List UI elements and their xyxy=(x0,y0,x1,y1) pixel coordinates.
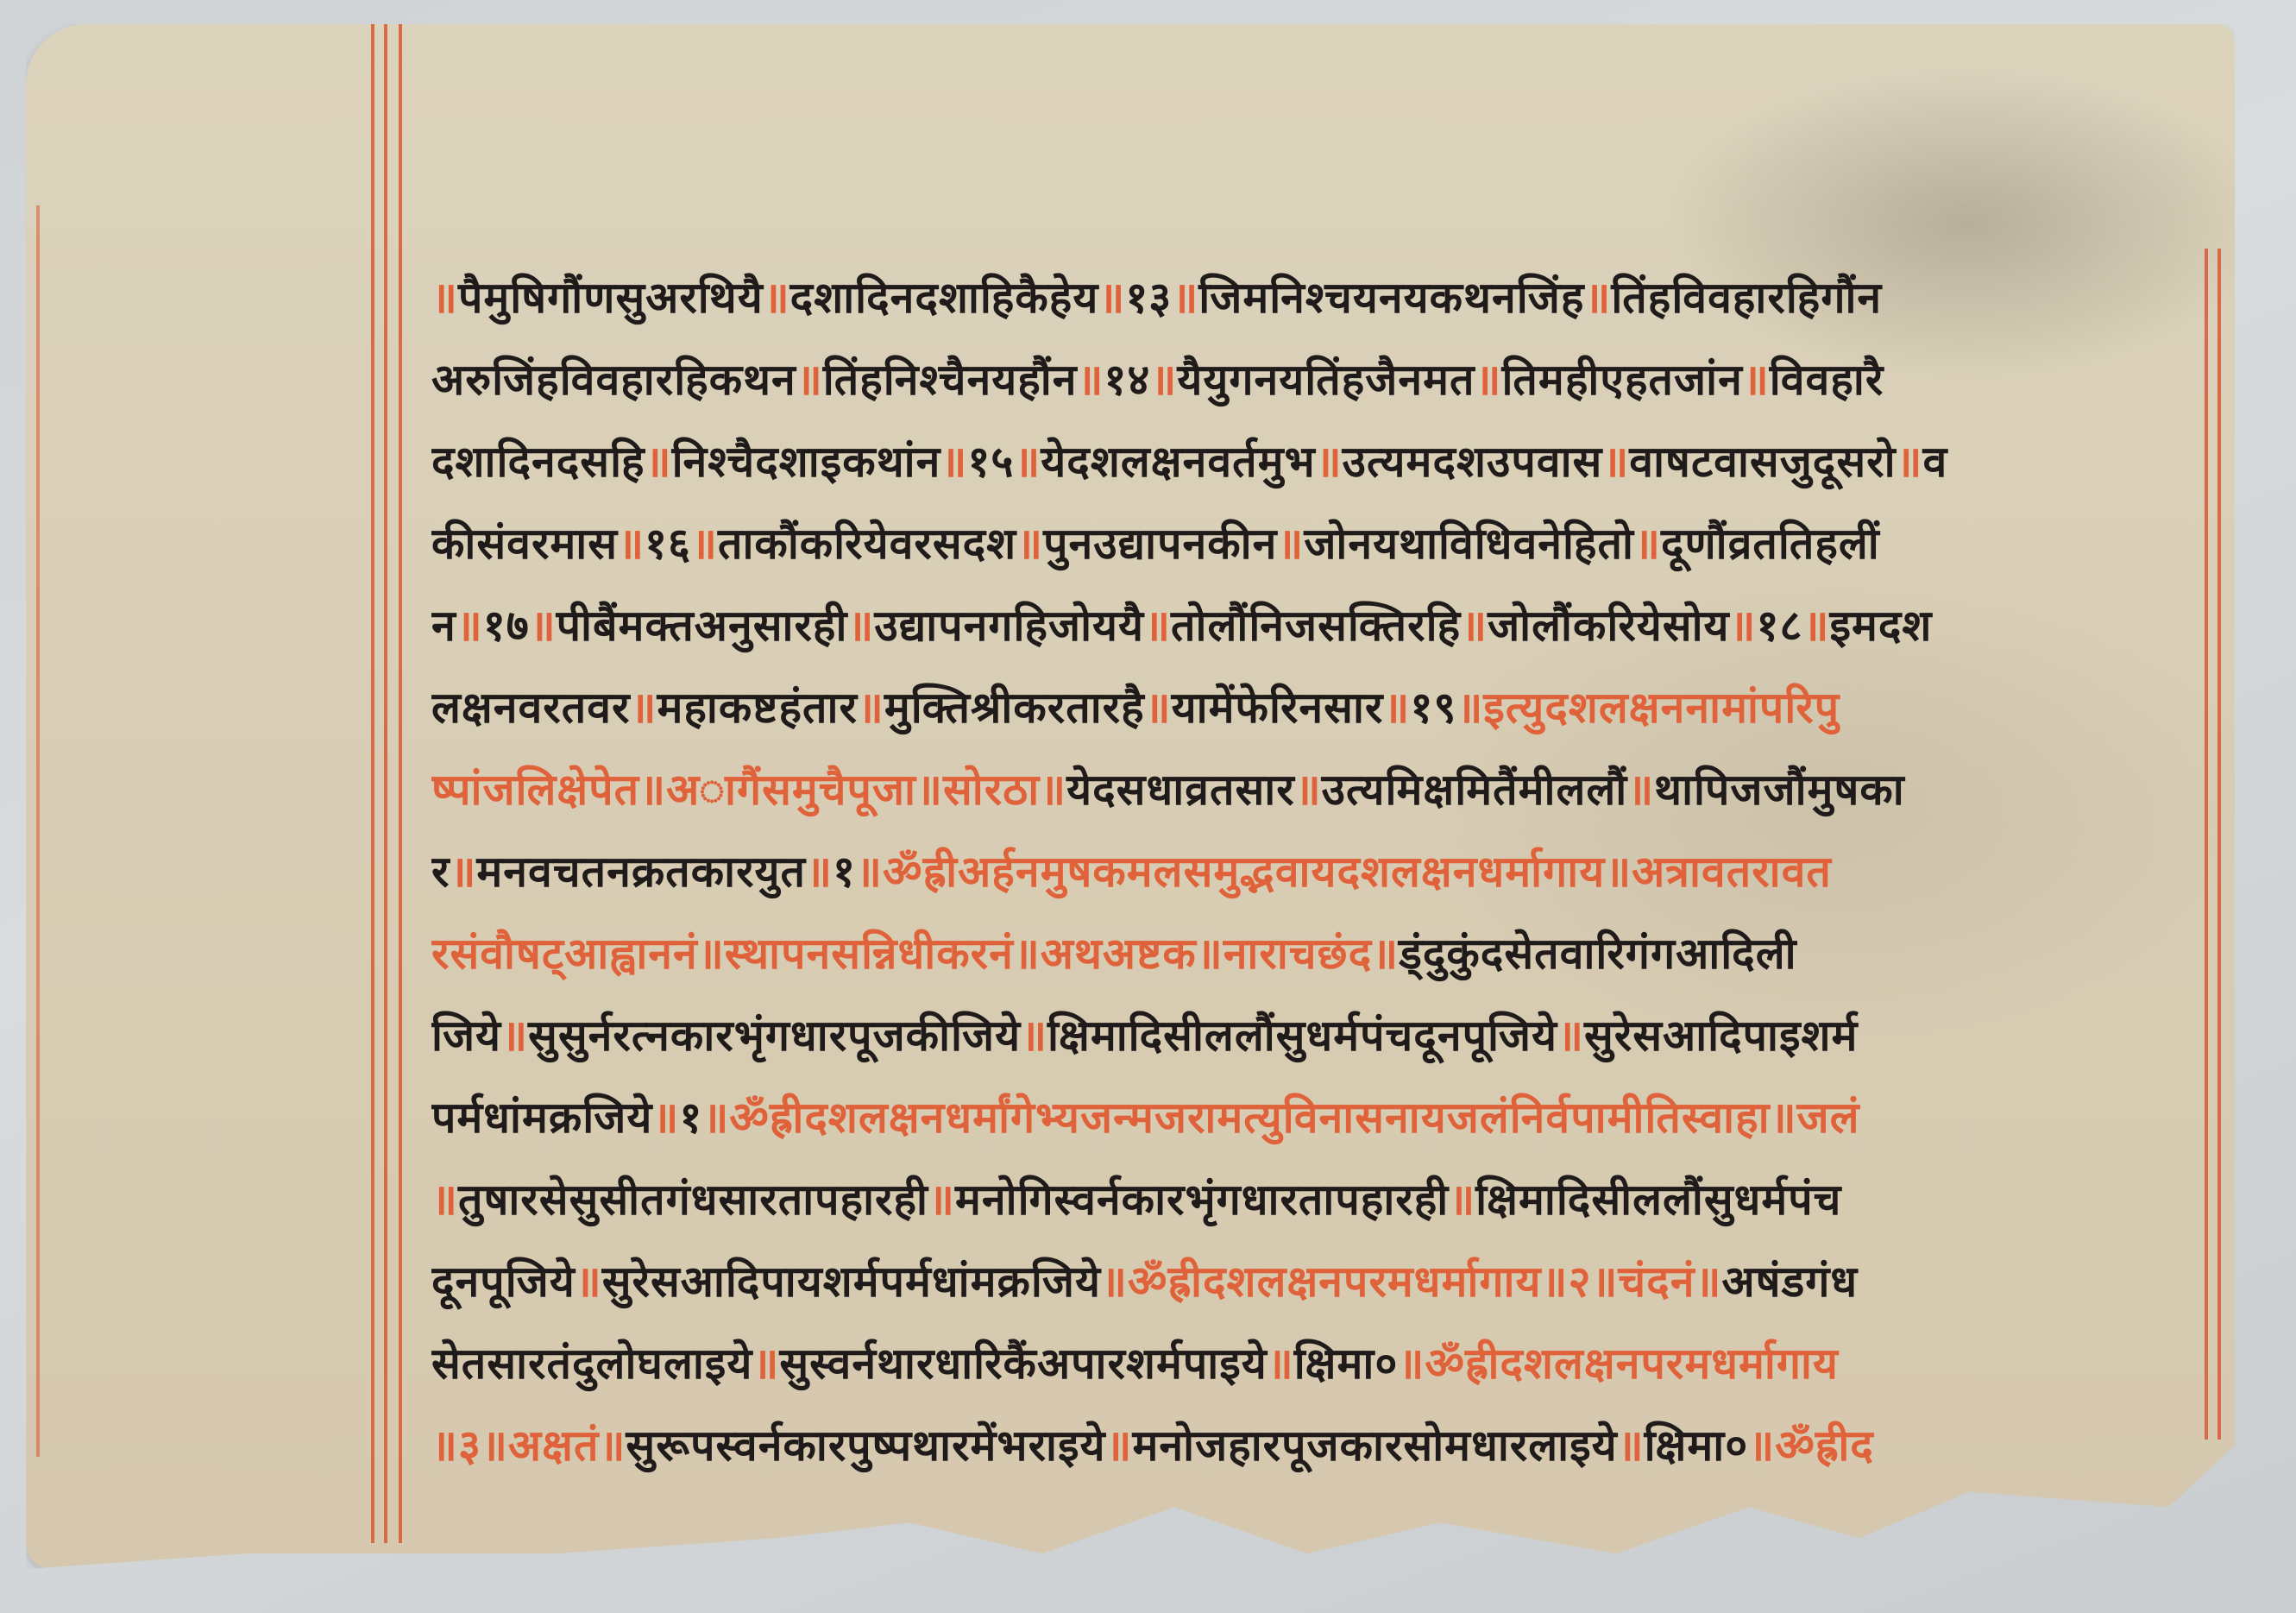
body-text: र xyxy=(431,847,450,897)
body-text: व xyxy=(1923,437,1948,487)
danda-mark: ॥ xyxy=(796,355,823,405)
danda-mark: ॥ xyxy=(856,847,883,897)
body-text: येदशलक्षनवर्तमुभ xyxy=(1041,437,1315,487)
body-text: उत्यमदशउपवास xyxy=(1343,437,1603,487)
manuscript-line: कीसंवरमास॥१६॥ताकौंकरियेवरसदश॥पुनउद्यापनक… xyxy=(431,503,2287,585)
danda-mark: ॥ xyxy=(1618,1421,1645,1471)
danda-mark: ॥ xyxy=(858,683,884,733)
body-text: वाषटवासजुदूसरो xyxy=(1629,437,1896,487)
danda-mark: ॥ xyxy=(599,1421,626,1471)
body-text: पर्मधांमक्रजिये xyxy=(431,1093,652,1143)
manuscript-line: ॥पैमुषिगौंणसुअरथियै॥दशादिनदशाहिकैहेय॥१३॥… xyxy=(431,257,2287,339)
body-text: यामेंफेरिनसार xyxy=(1172,683,1384,733)
manuscript-line: अरुजिंहविवहारहिकथन॥तिंहनिश्चैनयहौंन॥१४॥य… xyxy=(431,339,2287,421)
danda-mark: ॥ xyxy=(652,1093,679,1143)
manuscript-line: दूनपूजिये॥सुरेसआदिपायशर्मपर्मधांमक्रजिये… xyxy=(431,1241,2287,1323)
rubric-text: चंदनं xyxy=(1618,1257,1695,1307)
body-text: मनोजहारपूजकारसोमधारलाइये xyxy=(1132,1421,1617,1471)
danda-mark: ॥ xyxy=(1277,519,1304,569)
body-text: पीबैंमक्तअनुसारही xyxy=(557,601,848,651)
body-text: महाकष्टहंतार xyxy=(657,683,857,733)
danda-mark: ॥ xyxy=(1591,1257,1618,1307)
danda-mark: ॥ xyxy=(847,601,874,651)
body-text: पुनउद्यापनकीन xyxy=(1043,519,1277,569)
body-text: विवहारै xyxy=(1770,355,1884,405)
danda-mark: ॥ xyxy=(1695,1257,1721,1307)
danda-mark: ॥ xyxy=(1456,683,1483,733)
rubric-text: इत्युदशलक्षननामांपरिपु xyxy=(1483,683,1840,733)
body-text: न xyxy=(431,601,456,651)
danda-mark: ॥ xyxy=(1021,1011,1047,1061)
body-text: सुरेसआदिपायशर्मपर्मधांमक्रजिये xyxy=(602,1257,1101,1307)
body-text: १५ xyxy=(967,437,1014,487)
danda-mark: ॥ xyxy=(1602,437,1629,487)
danda-mark: ॥ xyxy=(764,273,790,323)
body-text: सुस्वर्नथारधारिकैंअपारशर्मपाइये xyxy=(779,1339,1267,1389)
body-text: येदसधाव्रतसार xyxy=(1066,765,1295,815)
danda-mark: ॥ xyxy=(1542,1257,1569,1307)
danda-mark: ॥ xyxy=(1144,601,1171,651)
body-text: पैमुषिगौंणसुअरथियै xyxy=(458,273,764,323)
danda-mark: ॥ xyxy=(1748,1421,1775,1471)
danda-mark: ॥ xyxy=(928,1175,955,1225)
rubric-text: ॐह्रीअर्हनमुषकमलसमुद्भवायदशलक्षनधर्मागाय xyxy=(883,847,1605,897)
body-text: इमदश xyxy=(1829,601,1932,651)
danda-mark: ॥ xyxy=(1101,1257,1128,1307)
rubric-text: जलं xyxy=(1797,1093,1860,1143)
body-text: सुरेसआदिपाइशर्म xyxy=(1584,1011,1858,1061)
danda-mark: ॥ xyxy=(1449,1175,1475,1225)
danda-mark: ॥ xyxy=(698,929,725,979)
danda-mark: ॥ xyxy=(639,765,666,815)
danda-mark: ॥ xyxy=(1584,273,1611,323)
body-text: जोलौंकरियेसोय xyxy=(1488,601,1729,651)
body-text: क्षिमादिसीललौंसुधर्मपंच xyxy=(1475,1175,1841,1225)
danda-mark: ॥ xyxy=(1730,601,1757,651)
rubric-text: अागैंसमुचैपूजा xyxy=(666,765,916,815)
manuscript-text: ॥पैमुषिगौंणसुअरथियै॥दशादिनदशाहिकैहेय॥१३॥… xyxy=(431,257,2287,1487)
body-text: तिंहविवहारहिगौंन xyxy=(1611,273,1882,323)
body-text: जिमनिश्चयनयकथनजिंह xyxy=(1198,273,1584,323)
body-text: निश्चैदशाइकथांन xyxy=(672,437,941,487)
body-text: १३ xyxy=(1125,273,1172,323)
body-text: क्षिमादिसीललौंसुधर्मपंचदूनपूजिये xyxy=(1047,1011,1557,1061)
danda-mark: ॥ xyxy=(1461,601,1488,651)
manuscript-line: र॥मनवचतनक्रतकारयुत॥१॥ॐह्रीअर्हनमुषकमलसमु… xyxy=(431,831,2287,913)
manuscript-line: न॥१७॥पीबैंमक्तअनुसारही॥उद्यापनगहिजोययै॥त… xyxy=(431,585,2287,667)
rubric-text: ष्पांजलिक्षेपेत xyxy=(431,765,639,815)
manuscript-line: पर्मधांमक्रजिये॥१॥ॐह्रीदशलक्षनधर्मांगेभ्… xyxy=(431,1077,2287,1159)
rubric-text: नाराचछंद xyxy=(1223,929,1372,979)
danda-mark: ॥ xyxy=(940,437,967,487)
danda-mark: ॥ xyxy=(1605,847,1632,897)
danda-mark: ॥ xyxy=(1897,437,1923,487)
danda-mark: ॥ xyxy=(1475,355,1502,405)
danda-mark: ॥ xyxy=(431,1175,458,1225)
danda-mark: ॥ xyxy=(916,765,943,815)
danda-mark: ॥ xyxy=(806,847,833,897)
body-text: दशादिनदसहि xyxy=(431,437,645,487)
body-text: १६ xyxy=(645,519,691,569)
rubric-text: अथअष्टक xyxy=(1041,929,1197,979)
body-text: १७ xyxy=(483,601,530,651)
body-text: ताकौंकरियेवरसदश xyxy=(718,519,1016,569)
rubric-text: ३ xyxy=(458,1421,481,1471)
danda-mark: ॥ xyxy=(1398,1339,1425,1389)
danda-mark: ॥ xyxy=(1014,437,1041,487)
body-text: सुरूपस्वर्नकारपुष्पथारमेंभराइये xyxy=(626,1421,1105,1471)
danda-mark: ॥ xyxy=(1627,765,1654,815)
body-text: दूणौंव्रततिहलीं xyxy=(1661,519,1880,569)
margin-rule-left-2 xyxy=(384,24,387,1543)
body-text: १ xyxy=(833,847,856,897)
rubric-text: अक्षतं xyxy=(508,1421,600,1471)
body-text: क्षिमा० xyxy=(1294,1339,1399,1389)
body-text: जोनयथाविधिवनेहितो xyxy=(1304,519,1634,569)
body-text: मुक्तिश्रीकरतारहै xyxy=(884,683,1145,733)
manuscript-line: ष्पांजलिक्षेपेत॥अागैंसमुचैपूजा॥सोरठा॥येद… xyxy=(431,749,2287,831)
danda-mark: ॥ xyxy=(1268,1339,1294,1389)
danda-mark: ॥ xyxy=(618,519,645,569)
danda-mark: ॥ xyxy=(691,519,718,569)
body-text: तिमहीएहतजांन xyxy=(1501,355,1742,405)
body-text: तुषारसेसुसीतगंधसारतापहारही xyxy=(458,1175,928,1225)
danda-mark: ॥ xyxy=(1383,683,1410,733)
danda-mark: ॥ xyxy=(431,1421,458,1471)
danda-mark: ॥ xyxy=(702,1093,729,1143)
body-text: ड्ंदुकुंदसेतवारिगंगआदिली xyxy=(1399,929,1796,979)
manuscript-leaf: ॥पैमुषिगौंणसुअरथियै॥दशादिनदशाहिकैहेय॥१३॥… xyxy=(26,24,2235,1569)
danda-mark: ॥ xyxy=(501,1011,528,1061)
rubric-text: ॐह्रीदशलक्षनपरमधर्मागाय xyxy=(1425,1339,1839,1389)
rubric-text: ॐह्रीद xyxy=(1775,1421,1874,1471)
body-text: उत्यमिक्षमितैंमीललौं xyxy=(1322,765,1628,815)
rubric-text: ॐह्रीदशलक्षनधर्मांगेभ्यजन्मजरामत्युविनास… xyxy=(729,1093,1770,1143)
danda-mark: ॥ xyxy=(1016,519,1043,569)
danda-mark: ॥ xyxy=(1372,929,1399,979)
margin-rule-left-1 xyxy=(371,24,374,1543)
body-text: सुसुर्नरत्नकारभृंगधारपूजकीजिये xyxy=(528,1011,1021,1061)
body-text: तिंहनिश्चैनयहौंन xyxy=(823,355,1078,405)
danda-mark: ॥ xyxy=(456,601,483,651)
body-text: सेतसारतंदुलोघलाइये xyxy=(431,1339,752,1389)
manuscript-line: ॥३॥अक्षतं॥सुरूपस्वर्नकारपुष्पथारमेंभराइय… xyxy=(431,1405,2287,1487)
body-text: लक्षनवरतवर xyxy=(431,683,631,733)
rubric-text: ॐह्रीदशलक्षनपरमधर्मागाय xyxy=(1128,1257,1542,1307)
danda-mark: ॥ xyxy=(1145,683,1172,733)
body-text: दूनपूजिये xyxy=(431,1257,576,1307)
body-text: तोलौंनिजसक्तिरहि xyxy=(1171,601,1461,651)
danda-mark: ॥ xyxy=(481,1421,508,1471)
danda-mark: ॥ xyxy=(576,1257,602,1307)
body-text: उद्यापनगहिजोययै xyxy=(874,601,1144,651)
body-text: थापिजजौंमुषका xyxy=(1654,765,1905,815)
danda-mark: ॥ xyxy=(1316,437,1343,487)
manuscript-line: जिये॥सुसुर्नरत्नकारभृंगधारपूजकीजिये॥क्षि… xyxy=(431,995,2287,1077)
manuscript-line: दशादिनदसहि॥निश्चैदशाइकथांन॥१५॥येदशलक्षनव… xyxy=(431,421,2287,503)
danda-mark: ॥ xyxy=(1771,1093,1797,1143)
rubric-text: २ xyxy=(1568,1257,1591,1307)
margin-rule-edge xyxy=(36,205,40,1457)
danda-mark: ॥ xyxy=(1150,355,1177,405)
danda-mark: ॥ xyxy=(1040,765,1066,815)
body-text: अषंडगंध xyxy=(1721,1257,1858,1307)
danda-mark: ॥ xyxy=(645,437,672,487)
danda-mark: ॥ xyxy=(1172,273,1198,323)
body-text: १८ xyxy=(1756,601,1802,651)
rubric-text: रसंवौषट्आह्वाननं xyxy=(431,929,698,979)
danda-mark: ॥ xyxy=(431,273,458,323)
manuscript-line: रसंवौषट्आह्वाननं॥स्थापनसन्निधीकरनं॥अथअष्… xyxy=(431,913,2287,995)
rubric-text: सोरठा xyxy=(943,765,1040,815)
danda-mark: ॥ xyxy=(1295,765,1322,815)
body-text: १ xyxy=(679,1093,702,1143)
rubric-text: स्थापनसन्निधीकरनं xyxy=(725,929,1014,979)
danda-mark: ॥ xyxy=(1077,355,1104,405)
danda-mark: ॥ xyxy=(1634,519,1661,569)
manuscript-line: ॥तुषारसेसुसीतगंधसारतापहारही॥मनोगिस्वर्नक… xyxy=(431,1159,2287,1241)
danda-mark: ॥ xyxy=(1098,273,1125,323)
body-text: १४ xyxy=(1104,355,1150,405)
danda-mark: ॥ xyxy=(1014,929,1041,979)
margin-rule-left-3 xyxy=(399,24,402,1543)
body-text: यैयुगनयतिंहजैनमत xyxy=(1177,355,1475,405)
danda-mark: ॥ xyxy=(450,847,476,897)
danda-mark: ॥ xyxy=(1802,601,1829,651)
danda-mark: ॥ xyxy=(752,1339,779,1389)
body-text: दशादिनदशाहिकैहेय xyxy=(790,273,1099,323)
body-text: कीसंवरमास xyxy=(431,519,618,569)
body-text: अरुजिंहविवहारहिकथन xyxy=(431,355,796,405)
body-text: मनवचतनक्रतकारयुत xyxy=(476,847,806,897)
manuscript-line: सेतसारतंदुलोघलाइये॥सुस्वर्नथारधारिकैंअपा… xyxy=(431,1323,2287,1405)
danda-mark: ॥ xyxy=(1106,1421,1133,1471)
danda-mark: ॥ xyxy=(631,683,657,733)
body-text: क्षिमा० xyxy=(1645,1421,1749,1471)
rubric-text: अत्रावतरावत xyxy=(1632,847,1832,897)
danda-mark: ॥ xyxy=(1743,355,1770,405)
danda-mark: ॥ xyxy=(1197,929,1223,979)
body-text: १९ xyxy=(1410,683,1456,733)
danda-mark: ॥ xyxy=(530,601,557,651)
danda-mark: ॥ xyxy=(1557,1011,1584,1061)
manuscript-line: लक्षनवरतवर॥महाकष्टहंतार॥मुक्तिश्रीकरतारह… xyxy=(431,667,2287,749)
body-text: जिये xyxy=(431,1011,501,1061)
body-text: मनोगिस्वर्नकारभृंगधारतापहारही xyxy=(955,1175,1449,1225)
